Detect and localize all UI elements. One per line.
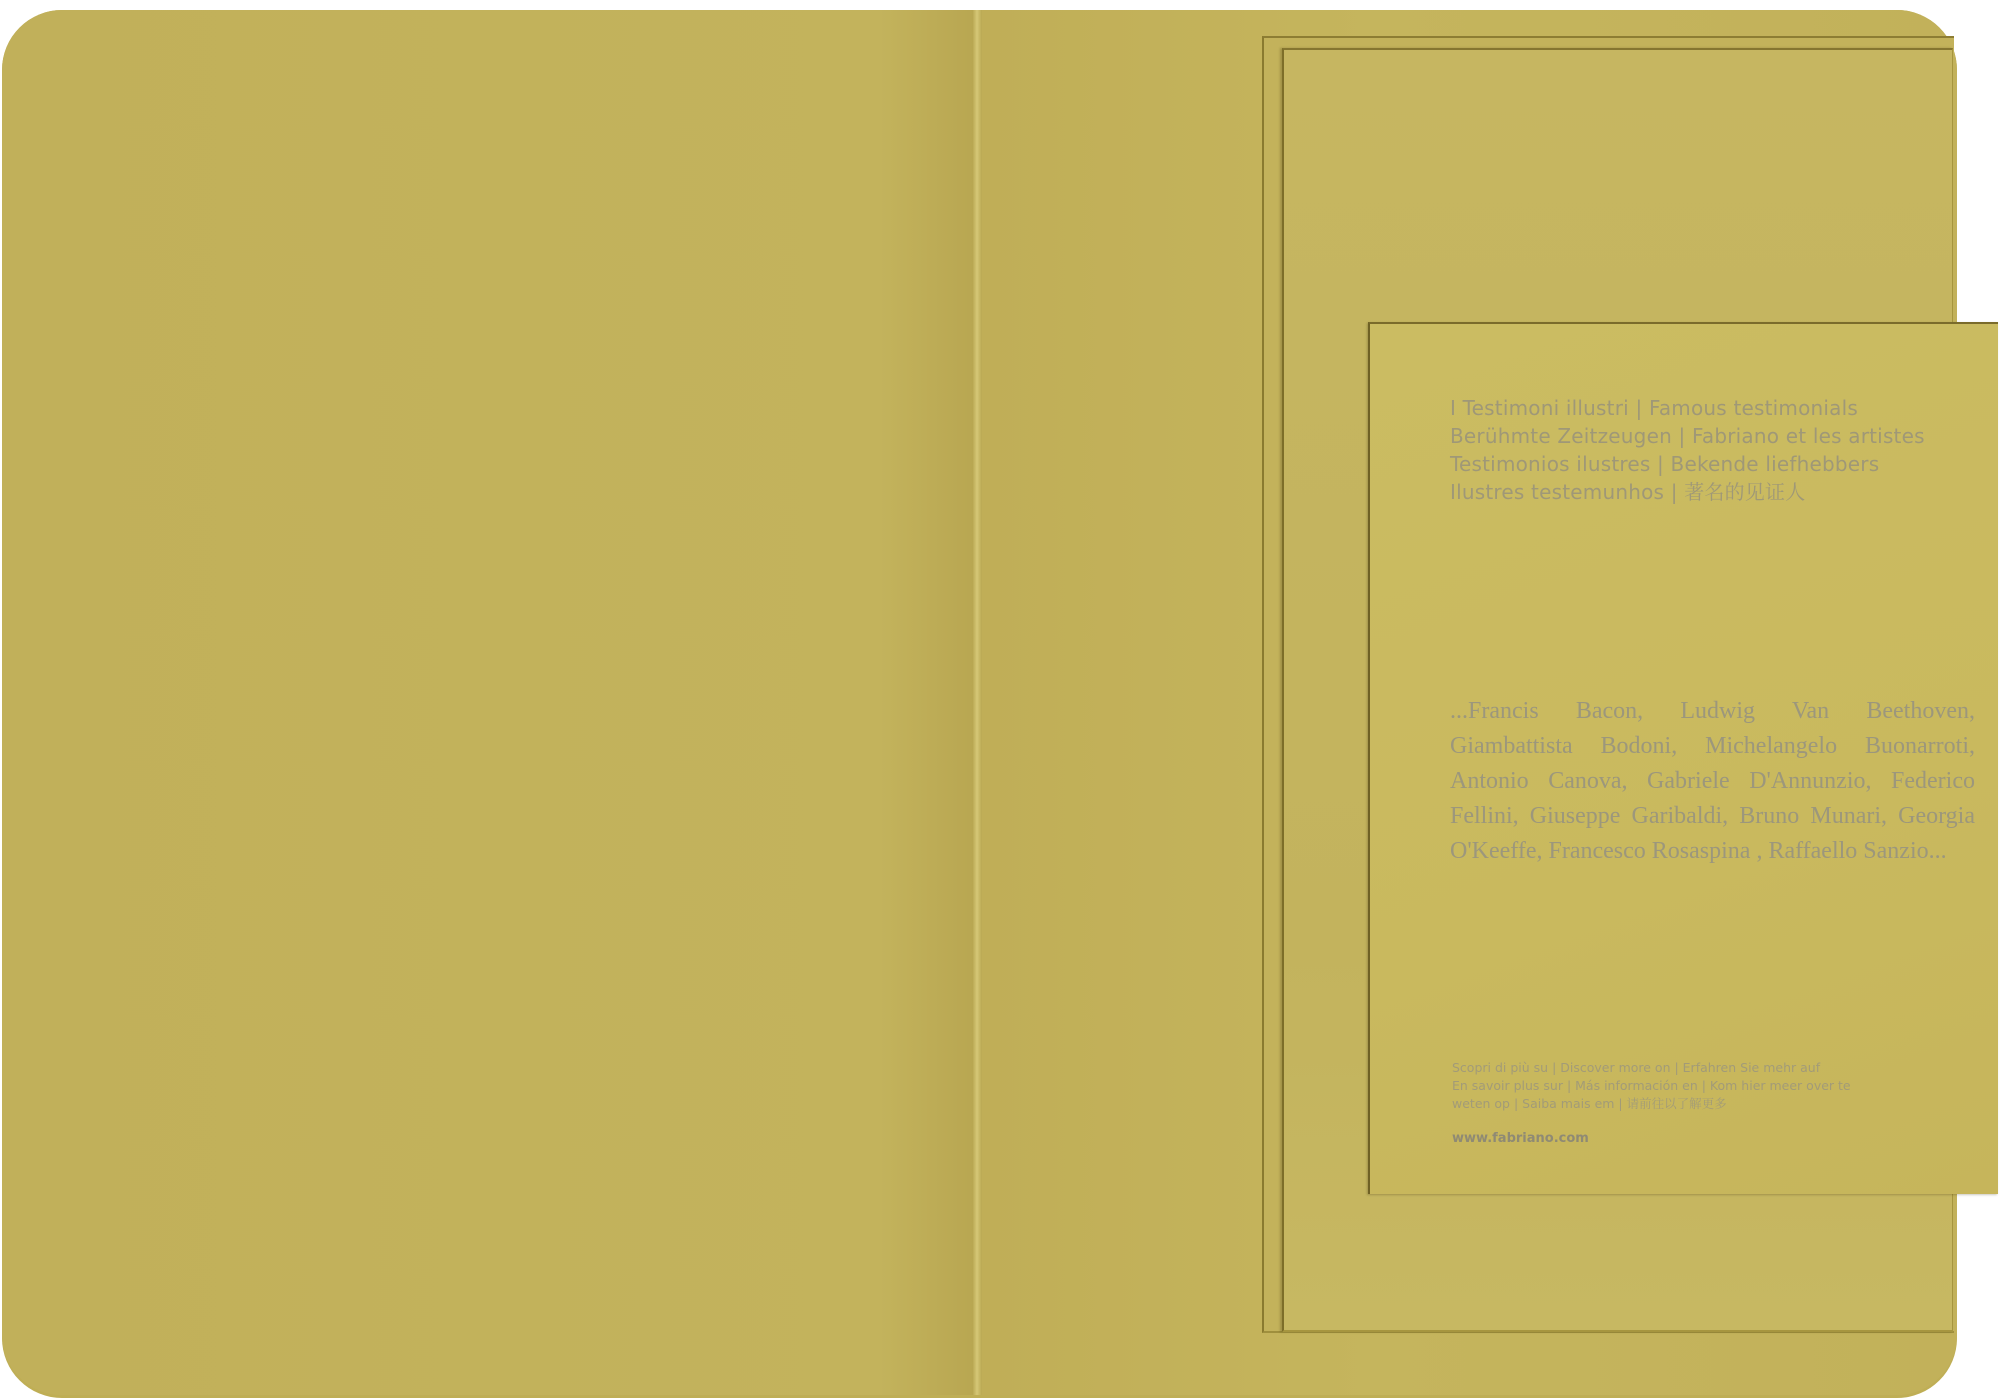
footer-line: weten op | Saiba mais em | 请前往以了解更多 [1452,1095,1952,1113]
footer-line: En savoir plus sur | Más información en … [1452,1077,1952,1095]
folder-spine [972,10,982,1395]
card-names-paragraph: ...Francis Bacon, Ludwig Van Beethoven, … [1450,694,1975,869]
heading-line: Ilustres testemunhos | 著名的见证人 [1450,478,1990,506]
testimonials-card: I Testimoni illustri | Famous testimonia… [1368,322,1998,1194]
heading-line: I Testimoni illustri | Famous testimonia… [1450,394,1990,422]
heading-line: Berühmte Zeitzeugen | Fabriano et les ar… [1450,422,1990,450]
card-heading: I Testimoni illustri | Famous testimonia… [1450,394,1990,506]
footer-line: Scopri di più su | Discover more on | Er… [1452,1059,1952,1077]
left-inner-cover [2,10,977,1395]
card-footer: Scopri di più su | Discover more on | Er… [1452,1059,1952,1113]
heading-line: Testimonios ilustres | Bekende liefhebbe… [1450,450,1990,478]
card-url: www.fabriano.com [1452,1131,1589,1146]
